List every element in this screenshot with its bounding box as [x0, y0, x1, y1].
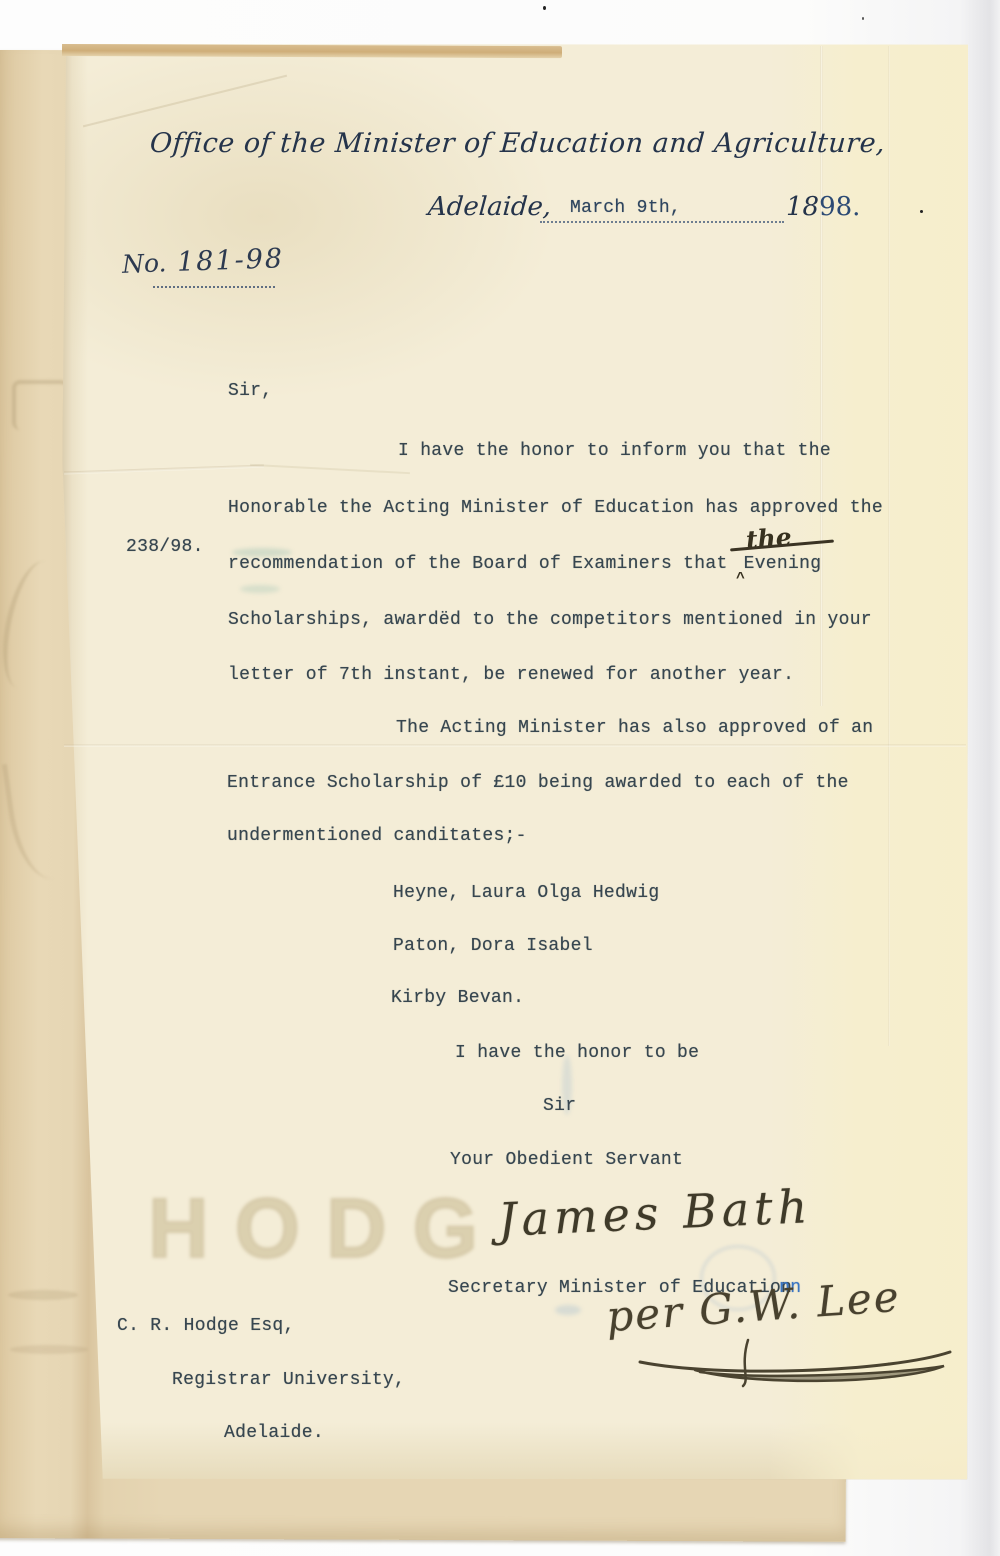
- closing-line-3: Your Obedient Servant: [450, 1150, 683, 1170]
- addressee-role: Registrar University,: [172, 1370, 405, 1390]
- candidate-name: Paton, Dora Isabel: [393, 936, 593, 956]
- letterhead-title: Office of the Minister of Education and …: [149, 128, 811, 159]
- handwritten-insertion: the: [745, 522, 793, 554]
- reference-label: No.: [122, 248, 167, 279]
- dust-speck: [543, 6, 546, 10]
- addressee-name: C. R. Hodge Esq,: [117, 1316, 295, 1336]
- candidate-name: Kirby Bevan.: [391, 988, 524, 1008]
- candidate-name: Heyne, Laura Olga Hedwig: [393, 883, 659, 903]
- body-line-5: letter of 7th instant, be renewed for an…: [228, 665, 794, 685]
- show-through-ghost-text: HODG: [148, 1180, 504, 1277]
- margin-reference: 238/98.: [126, 537, 204, 557]
- body-line-1: I have the honor to inform you that the: [398, 441, 831, 461]
- closing-line-2: Sir: [543, 1096, 576, 1116]
- body-line-8: undermentioned canditates;-: [227, 826, 527, 846]
- body-line-4: Scholarships, awardëd to the competitors…: [228, 610, 872, 630]
- caret-mark: ^: [736, 570, 745, 587]
- dotted-rule: [540, 221, 784, 223]
- dust-speck: [862, 17, 864, 20]
- body-line-6: The Acting Minister has also approved of…: [396, 718, 873, 738]
- year: 1898.: [786, 192, 860, 222]
- year-printed: 18: [786, 192, 819, 222]
- body-line-3: recommendation of the Board of Examiners…: [228, 554, 821, 574]
- addressee-city: Adelaide.: [224, 1423, 324, 1443]
- letterhead-place: Adelaide,: [427, 192, 552, 222]
- dotted-rule: [153, 286, 275, 288]
- dust-speck: [920, 210, 923, 213]
- reference-number: No. 181-98: [122, 243, 285, 280]
- scanned-letter-page: HODG Office of the Minister of Education…: [0, 0, 1000, 1556]
- body-line-7: Entrance Scholarship of £10 being awarde…: [227, 773, 849, 793]
- closing-line-1: I have the honor to be: [455, 1043, 699, 1063]
- typed-date: March 9th,: [570, 198, 681, 218]
- salutation: Sir,: [228, 381, 272, 401]
- body-line-3-post: Evening: [744, 554, 822, 574]
- paper-fold-edge: [62, 44, 562, 58]
- body-line-3-pre: recommendation of the Board of Examiners…: [228, 554, 728, 574]
- reference-digits: 181-98: [177, 243, 285, 278]
- body-line-2: Honorable the Acting Minister of Educati…: [228, 498, 883, 518]
- year-filled: 98.: [819, 192, 860, 222]
